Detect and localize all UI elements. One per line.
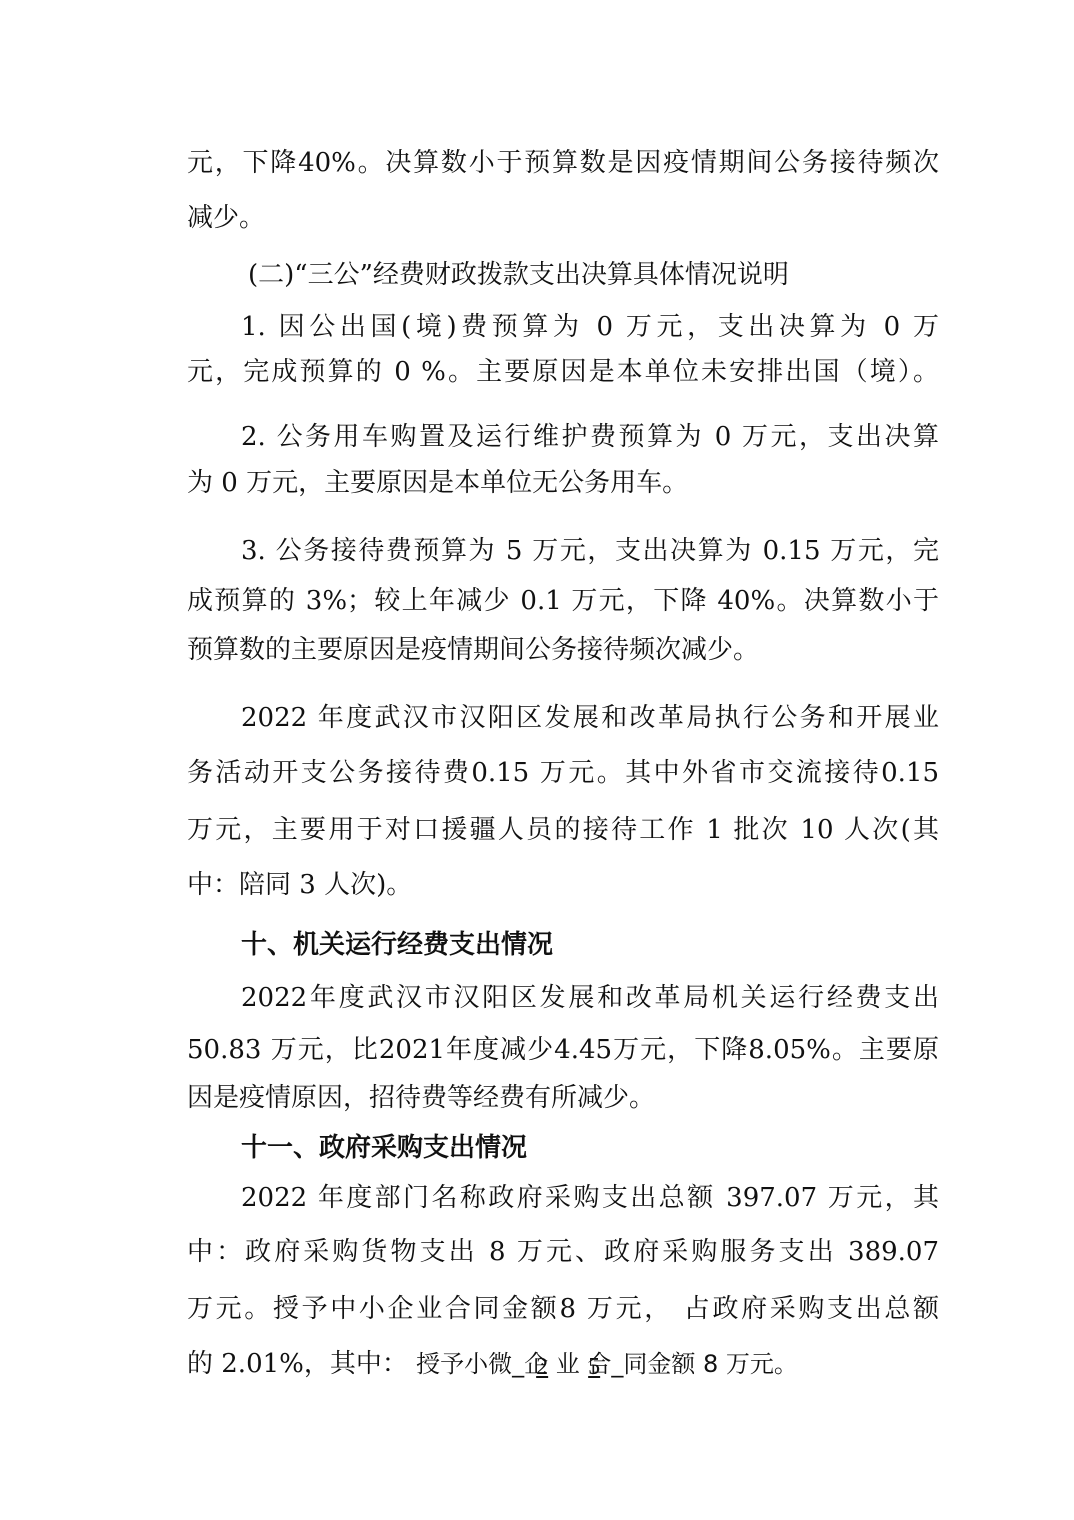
paragraph-line: 50.83 万元，比2021年度减少4.45万元，下降8.05%。主要原	[187, 1035, 939, 1065]
paragraph-line: 因是疫情原因，招待费等经费有所减少。	[187, 1083, 939, 1113]
section-heading: 十、机关运行经费支出情况	[241, 930, 939, 960]
paragraph-line: 成预算的 3%；较上年减少 0.1 万元，下降 40%。决算数小于	[187, 586, 939, 616]
paragraph-line: 元，完成预算的 0 %。主要原因是本单位未安排出国（境）。	[187, 357, 939, 387]
paragraph-line: 2022年度武汉市汉阳区发展和改革局机关运行经费支出	[241, 983, 939, 1013]
paragraph-line: 中：政府采购货物支出 8 万元、政府采购服务支出 389.07	[187, 1237, 939, 1267]
paragraph-line: 2022 年度武汉市汉阳区发展和改革局执行公务和开展业	[241, 703, 939, 733]
paragraph-line: 2022 年度部门名称政府采购支出总额 397.07 万元，其	[241, 1183, 939, 1213]
paragraph-line: 万元，主要用于对口援疆人员的接待工作 1 批次 10 人次(其	[187, 815, 939, 845]
garbled-text-body: 授予小微_企 业 合_同金额 8 万元。	[416, 1350, 798, 1378]
paragraph-line: 1. 因公出国(境)费预算为 0 万元，支出决算为 0 万	[241, 312, 939, 342]
page-number-digit: 5	[588, 1352, 600, 1382]
page-number-digit: 2	[536, 1352, 548, 1382]
paragraph-line: 中：陪同 3 人次)。	[187, 870, 939, 900]
paragraph-line: 务活动开支公务接待费0.15 万元。其中外省市交流接待0.15	[187, 758, 939, 788]
paragraph-line: 万元。授予中小企业合同金额8 万元， 占政府采购支出总额	[187, 1294, 939, 1324]
paragraph-line: 3. 公务接待费预算为 5 万元，支出决算为 0.15 万元，完	[241, 536, 939, 566]
paragraph-line: 预算数的主要原因是疫情期间公务接待频次减少。	[187, 635, 939, 665]
subsection-heading: (二)“三公”经费财政拨款支出决算具体情况说明	[248, 260, 1000, 290]
paragraph-line: 减少。	[187, 203, 939, 233]
garbled-text: 授予小微_企 业 合_同金额 8 万元。 2 5	[416, 1350, 798, 1378]
paragraph-line: 为 0 万元，主要原因是本单位无公务用车。	[187, 468, 939, 498]
paragraph-line: 的 2.01%，其中： 授予小微_企 业 合_同金额 8 万元。 2 5	[187, 1349, 939, 1379]
paragraph-line: 元，下降40%。决算数小于预算数是因疫情期间公务接待频次	[187, 148, 939, 178]
last-line-prefix: 的 2.01%，其中：	[187, 1349, 408, 1379]
section-heading: 十一、政府采购支出情况	[241, 1133, 939, 1163]
paragraph-line: 2. 公务用车购置及运行维护费预算为 0 万元，支出决算	[241, 422, 939, 452]
